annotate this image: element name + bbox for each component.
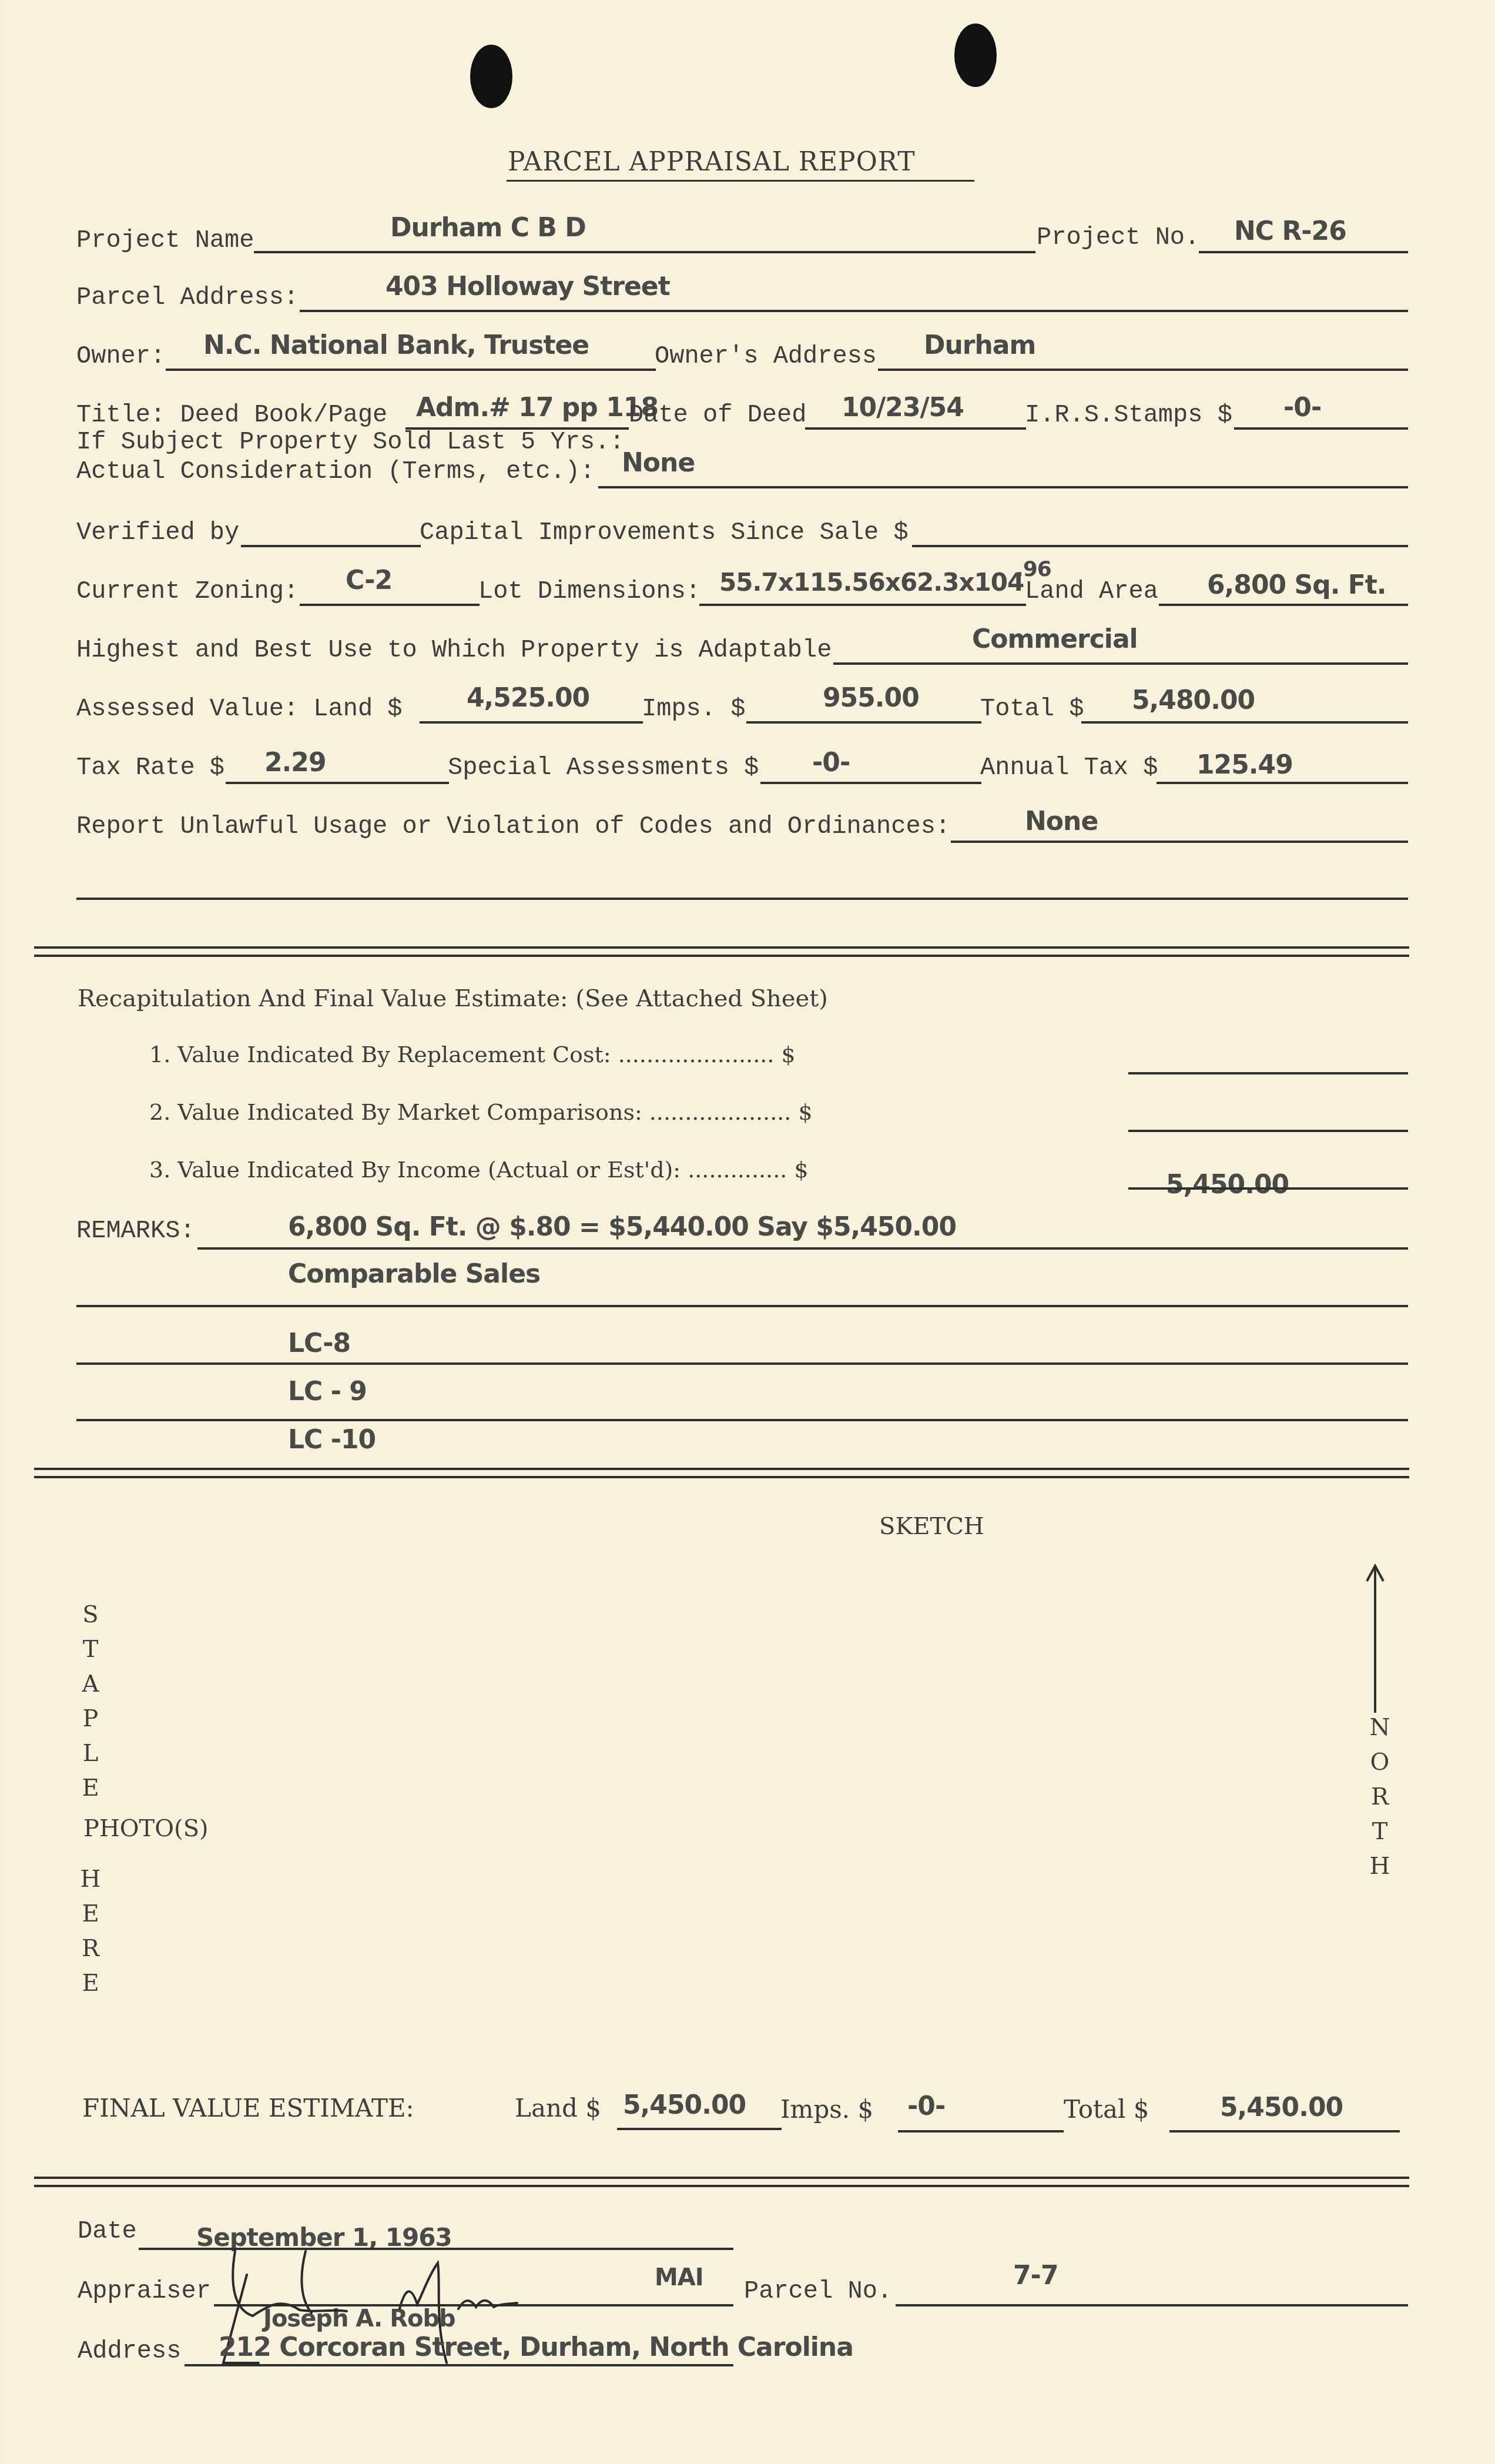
remarks-line-2-rule [76,1305,1408,1307]
highest-best-use-label: Highest and Best Use to Which Property i… [76,636,832,664]
land-area-value: 6,800 Sq. Ft. [1207,570,1386,600]
unlawful-usage-value: None [1025,806,1098,836]
annual-tax-line [1157,782,1408,784]
actual-consideration-value: None [622,448,695,478]
staple-letter: S [79,1598,102,1632]
address-line [185,2364,733,2366]
staple-letter: L [79,1736,102,1771]
recap-item-3: 3. Value Indicated By Income (Actual or … [149,1157,809,1183]
verified-by-label: Verified by [76,518,239,547]
north-label: N O R T H [1368,1710,1392,1884]
lot-dimensions-line [699,604,1026,606]
sold-last-5-label: If Subject Property Sold Last 5 Yrs.: [76,428,625,456]
owners-address-label: Owner's Address [655,342,877,370]
north-letter: H [1368,1849,1392,1884]
remarks-line-4: LC - 9 [288,1377,367,1407]
project-no-label: Project No. [1037,223,1199,252]
unlawful-usage-line [951,841,1408,843]
deed-book-label: Title: Deed Book/Page [76,401,387,429]
actual-consideration-label: Actual Consideration (Terms, etc.): [76,457,595,486]
owners-address-value: Durham [924,330,1035,360]
north-letter: T [1368,1814,1392,1849]
punch-hole-left [470,45,512,108]
assessed-land-line [420,721,643,724]
parcel-no-value: 7-7 [1013,2261,1058,2291]
tax-rate-value: 2.29 [264,748,326,778]
parcel-address-value: 403 Holloway Street [386,272,670,302]
recap-heading: Recapitulation And Final Value Estimate:… [78,985,828,1012]
irs-stamps-value: -0- [1283,393,1321,423]
unlawful-usage-extra-line [76,898,1408,900]
staple-letter: T [79,1632,102,1667]
parcel-address-line [300,310,1408,312]
highest-best-use-line [833,662,1408,665]
sketch-title: SKETCH [879,1513,984,1540]
assessed-land-value: 4,525.00 [467,683,589,713]
final-imps-label: Imps. $ [780,2095,873,2124]
assessed-total-label: Total $ [980,695,1084,723]
section-divider-1a [34,946,1409,949]
punch-hole-right [954,24,997,87]
irs-stamps-label: I.R.S.Stamps $ [1025,401,1232,429]
project-no-value: NC R-26 [1234,216,1346,246]
staple-letter: E [79,1771,102,1806]
project-name-line [254,251,1035,253]
lot-dimensions-label: Lot Dimensions: [478,577,700,605]
deed-book-value: Adm.# 17 pp 118 [416,393,658,423]
section-divider-3a [34,2177,1409,2179]
final-land-label: Land $ [515,2094,601,2122]
assessed-imps-value: 955.00 [823,683,919,713]
title-underline [507,180,974,182]
staple-text-bottom: H E R E [79,1862,102,2001]
irs-stamps-line [1234,427,1408,430]
final-land-value: 5,450.00 [623,2090,746,2120]
final-imps-value: -0- [907,2091,945,2121]
staple-letter: R [79,1931,102,1966]
date-of-deed-value: 10/23/54 [842,393,964,423]
section-divider-2b [34,1476,1409,1478]
assessed-total-line [1081,721,1408,724]
land-area-line [1159,604,1408,606]
final-land-line [617,2128,782,2130]
final-value-label: FINAL VALUE ESTIMATE: [82,2094,414,2122]
project-name-label: Project Name [76,226,254,255]
staple-letter: P [79,1702,102,1736]
north-letter: R [1368,1780,1392,1814]
recap-item-1-line [1128,1072,1408,1074]
recap-item-3-line [1128,1187,1408,1190]
date-of-deed-line [805,427,1026,430]
parcel-no-line [896,2304,1408,2306]
land-area-label: Land Area [1025,577,1158,605]
actual-consideration-line [598,486,1408,488]
staple-letter: H [79,1862,102,1897]
appraiser-label: Appraiser [78,2277,211,2305]
recap-item-1: 1. Value Indicated By Replacement Cost: … [149,1042,796,1067]
date-label: Date [78,2217,137,2245]
project-name-value: Durham C B D [390,213,586,243]
staple-letter: E [79,1897,102,1931]
owner-value: N.C. National Bank, Trustee [203,330,589,360]
remarks-line-1-rule [197,1247,1408,1250]
lot-dimensions-value: 55.7x115.56x62.3x104 [719,568,1024,597]
owner-line [166,369,656,371]
remarks-line-2: Comparable Sales [288,1259,540,1289]
parcel-no-label: Parcel No. [744,2277,892,2305]
assessed-total-value: 5,480.00 [1132,685,1255,715]
section-divider-2a [34,1468,1409,1470]
section-divider-1b [34,955,1409,957]
capital-improvements-label: Capital Improvements Since Sale $ [420,518,909,547]
current-zoning-value: C-2 [346,565,392,595]
staple-letter: E [79,1966,102,2001]
unlawful-usage-label: Report Unlawful Usage or Violation of Co… [76,812,950,841]
section-divider-3b [34,2185,1409,2187]
page-title: PARCEL APPRAISAL REPORT [508,147,915,177]
north-letter: O [1368,1745,1392,1780]
north-arrow-icon [1363,1564,1387,1716]
final-imps-line [898,2130,1064,2132]
highest-best-use-value: Commercial [972,624,1138,654]
remarks-line-4-rule [76,1419,1408,1421]
staple-text-top: S T A P L E [79,1598,102,1806]
assessed-land-label: Assessed Value: Land $ [76,695,403,723]
special-assessments-label: Special Assessments $ [448,754,759,782]
project-no-line [1199,251,1408,253]
recap-item-2-line [1128,1130,1408,1132]
staple-letter: A [79,1667,102,1702]
special-assessments-value: -0- [812,748,850,778]
remarks-line-5: LC -10 [288,1425,376,1455]
owners-address-line [878,369,1408,371]
current-zoning-line [300,604,480,606]
remarks-line-3: LC-8 [288,1328,350,1358]
remarks-line-3-rule [76,1362,1408,1365]
verified-by-line [241,545,421,547]
assessed-imps-label: Imps. $ [642,695,745,723]
address-value: 212 Corcoran Street, Durham, North Carol… [219,2332,853,2362]
remarks-label: REMARKS: [76,1217,195,1245]
photos-label: PHOTO(S) [83,1815,209,1842]
tax-rate-line [226,782,449,784]
special-assessments-line [760,782,981,784]
annual-tax-label: Annual Tax $ [980,754,1158,782]
parcel-address-label: Parcel Address: [76,283,299,312]
annual-tax-value: 125.49 [1196,750,1293,780]
owner-label: Owner: [76,342,165,370]
recap-item-3-value: 5,450.00 [1166,1170,1289,1200]
north-letter: N [1368,1710,1392,1745]
tax-rate-label: Tax Rate $ [76,754,224,782]
final-total-value: 5,450.00 [1220,2093,1343,2122]
current-zoning-label: Current Zoning: [76,577,299,605]
final-total-line [1169,2130,1400,2132]
capital-improvements-line [912,545,1408,547]
recap-item-2: 2. Value Indicated By Market Comparisons… [149,1099,813,1125]
final-total-label: Total $ [1064,2095,1149,2124]
date-of-deed-label: Date of Deed [629,401,806,429]
address-label: Address [78,2337,181,2365]
assessed-imps-line [746,721,981,724]
remarks-line-1: 6,800 Sq. Ft. @ $.80 = $5,440.00 Say $5,… [288,1212,956,1242]
